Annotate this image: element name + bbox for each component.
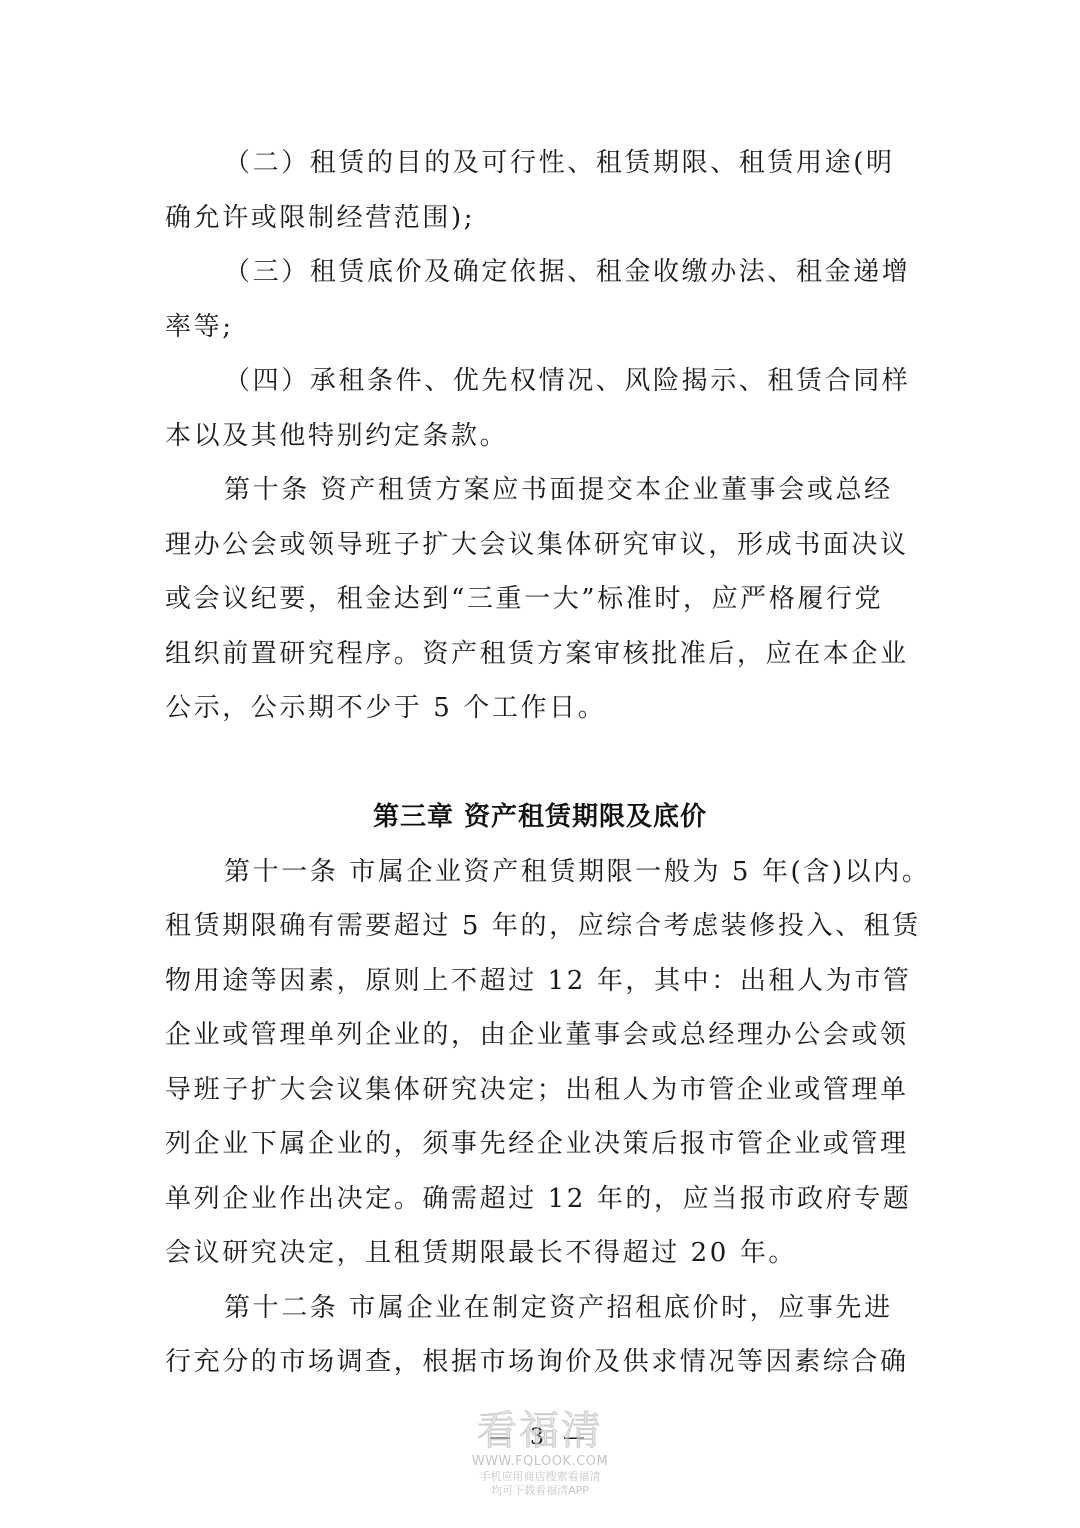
paragraph-line: 确允许或限制经营范围); bbox=[165, 203, 917, 233]
article-11-line: 会议研究决定，且租赁期限最长不得超过 20 年。 bbox=[165, 1238, 917, 1268]
article-10-line: 第十条 资产租赁方案应书面提交本企业董事会或总经 bbox=[224, 475, 918, 505]
watermark-line-2: 均可下载看福清APP bbox=[440, 1484, 640, 1498]
article-11-line: 导班子扩大会议集体研究决定；出租人为市管企业或管理单 bbox=[165, 1075, 917, 1105]
article-10-line: 公示，公示期不少于 5 个工作日。 bbox=[165, 693, 917, 723]
paragraph-line: 率等; bbox=[165, 312, 917, 342]
chapter-heading: 第三章 资产租赁期限及底价 bbox=[0, 802, 1080, 832]
article-11-line: 列企业下属企业的，须事先经企业决策后报市管企业或管理 bbox=[165, 1129, 917, 1159]
paragraph-line: （二）租赁的目的及可行性、租赁期限、租赁用途(明 bbox=[224, 148, 918, 178]
article-10-line: 或会议纪要，租金达到“三重一大”标准时，应严格履行党 bbox=[165, 584, 917, 614]
article-12-line: 行充分的市场调查，根据市场询价及供求情况等因素综合确 bbox=[165, 1347, 917, 1377]
page-number: — 3 — bbox=[0, 1425, 1080, 1451]
watermark-line-1: 手机应用商店搜索看福清 bbox=[440, 1470, 640, 1484]
watermark: 看福清 WWW.FQLOOK.COM 手机应用商店搜索看福清 均可下载看福清AP… bbox=[440, 1408, 640, 1498]
article-12-line: 第十二条 市属企业在制定资产招租底价时，应事先进 bbox=[224, 1293, 918, 1323]
paragraph-line: （四）承租条件、优先权情况、风险揭示、租赁合同样 bbox=[224, 366, 918, 396]
article-11-line: 物用途等因素，原则上不超过 12 年，其中：出租人为市管 bbox=[165, 966, 917, 996]
paragraph-line: 本以及其他特别约定条款。 bbox=[165, 421, 917, 451]
article-11-line: 第十一条 市属企业资产租赁期限一般为 5 年(含)以内。 bbox=[224, 857, 918, 887]
article-11-line: 单列企业作出决定。确需超过 12 年的，应当报市政府专题 bbox=[165, 1184, 917, 1214]
watermark-url: WWW.FQLOOK.COM bbox=[440, 1454, 640, 1470]
article-11-line: 企业或管理单列企业的，由企业董事会或总经理办公会或领 bbox=[165, 1020, 917, 1050]
article-10-line: 理办公会或领导班子扩大会议集体研究审议，形成书面决议 bbox=[165, 530, 917, 560]
article-11-line: 租赁期限确有需要超过 5 年的，应综合考虑装修投入、租赁 bbox=[165, 911, 917, 941]
article-10-line: 组织前置研究程序。资产租赁方案审核批准后，应在本企业 bbox=[165, 639, 917, 669]
paragraph-line: （三）租赁底价及确定依据、租金收缴办法、租金递增 bbox=[224, 257, 918, 287]
document-page: （二）租赁的目的及可行性、租赁期限、租赁用途(明 确允许或限制经营范围); （三… bbox=[0, 0, 1080, 1528]
